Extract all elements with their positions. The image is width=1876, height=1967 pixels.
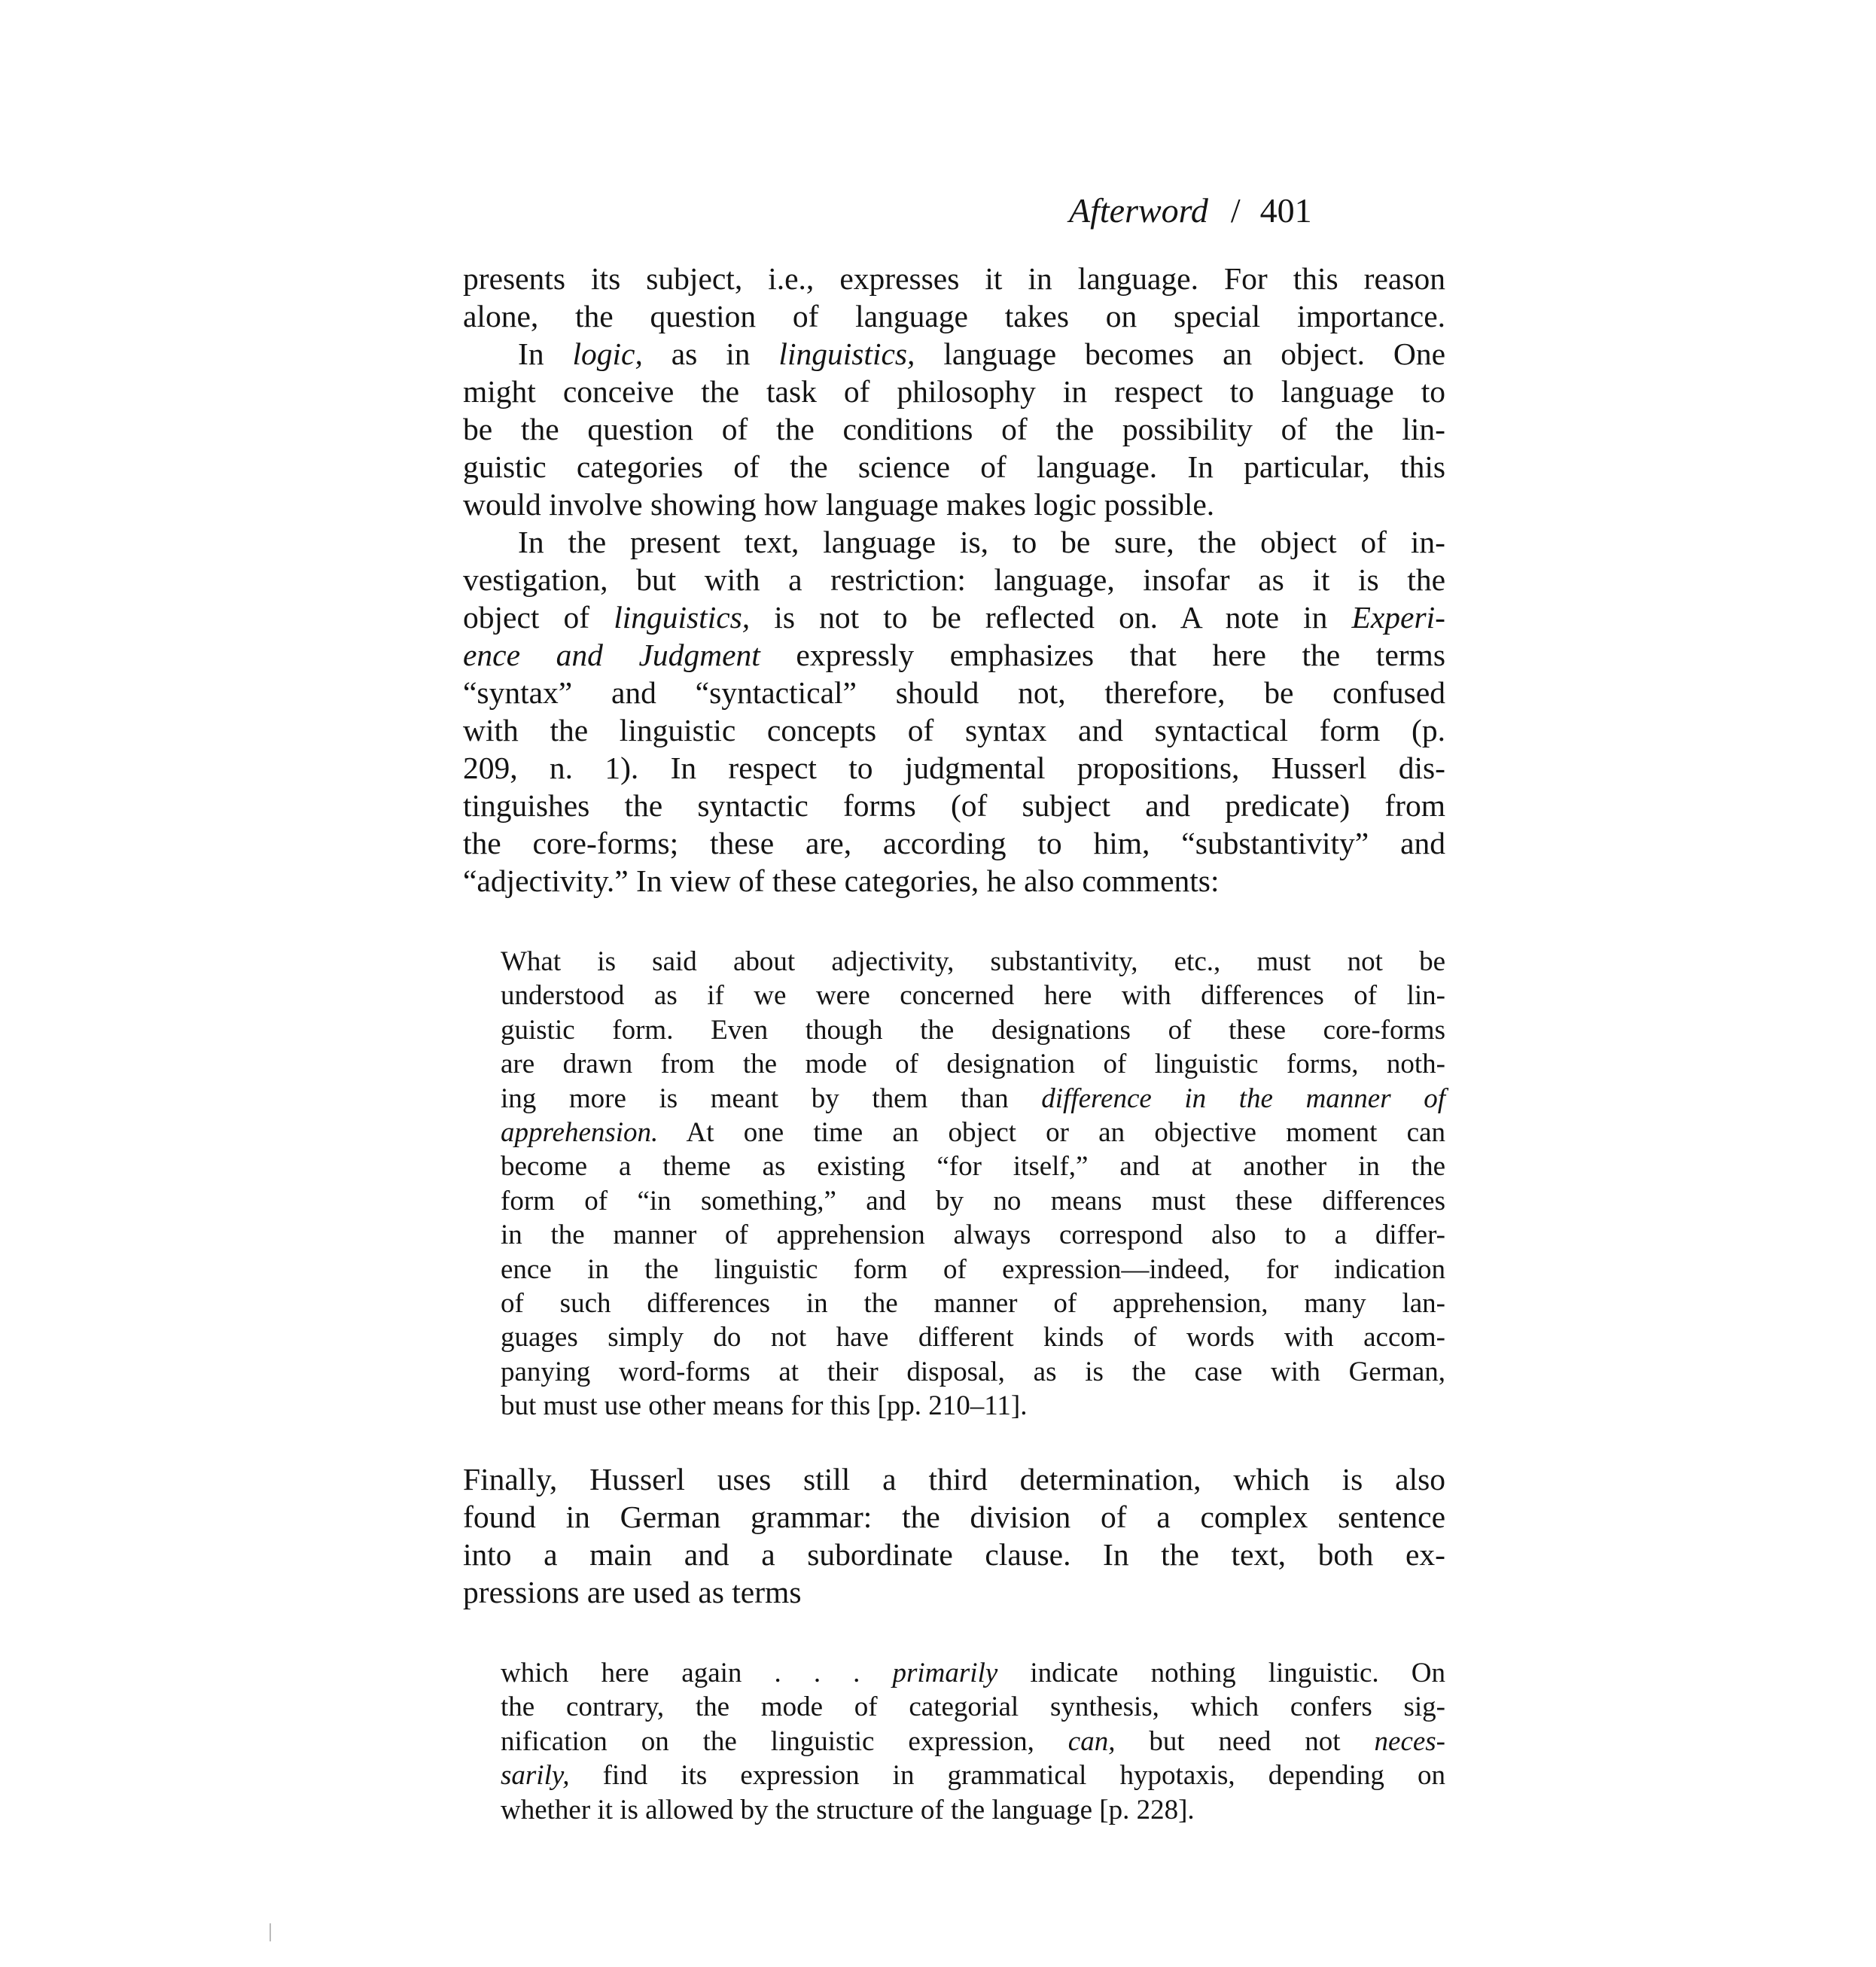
text-line: are drawn from the mode of designation o… [501,1047,1445,1081]
text-run: the core-forms; these are, according to … [463,826,1445,860]
italic-text: difference in the manner of [1041,1083,1445,1114]
running-title: Afterword [1069,191,1208,230]
text-line: whether it is allowed by the structure o… [501,1793,1445,1827]
text-line: of such differences in the manner of app… [501,1286,1445,1320]
text-line: might conceive the task of philosophy in… [463,373,1445,410]
text-run: ing more is meant by them than [501,1083,1041,1114]
text-line: object of linguistics, is not to be refl… [463,598,1445,636]
text-line: tinguishes the syntactic forms (of subje… [463,787,1445,824]
text-run: guistic form. Even though the designatio… [501,1015,1445,1046]
text-line: into a main and a subordinate clause. In… [463,1536,1445,1573]
header-separator: / [1231,191,1241,230]
text-line: ence and Judgment expressly emphasizes t… [463,636,1445,674]
text-run: alone, the question of language takes on… [463,299,1445,333]
text-line: but must use other means for this [pp. 2… [501,1389,1445,1423]
text-line: guistic categories of the science of lan… [463,448,1445,486]
italic-text: primarily [893,1658,998,1688]
italic-text: neces- [1375,1726,1446,1757]
text-line: ence in the linguistic form of expressio… [501,1253,1445,1286]
text-line: be the question of the conditions of the… [463,410,1445,448]
text-run: nification on the linguistic expression, [501,1726,1068,1757]
text-line: ing more is meant by them than differenc… [501,1082,1445,1116]
text-line: guages simply do not have different kind… [501,1320,1445,1354]
text-run: be the question of the conditions of the… [463,412,1445,446]
italic-text: apprehension. [501,1117,658,1148]
text-run: of such differences in the manner of app… [501,1288,1445,1319]
text-run: What is said about adjectivity, substant… [501,946,1445,977]
book-page: Afterword/401 presents its subject, i.e.… [0,0,1876,1967]
text-line: become a theme as existing “for itself,”… [501,1149,1445,1183]
text-line: nification on the linguistic expression,… [501,1725,1445,1758]
text-run: In [518,336,572,371]
text-run: indicate nothing linguistic. On [997,1658,1445,1688]
text-line: form of “in something,” and by no means … [501,1184,1445,1218]
text-run: but must use other means for this [pp. 2… [501,1390,1027,1421]
text-run: but need not [1115,1726,1374,1757]
text-run: object of [463,600,614,635]
text-line: guistic form. Even though the designatio… [501,1013,1445,1047]
text-run: as in [643,336,779,371]
text-run: which here again . . . [501,1658,893,1688]
text-run: the contrary, the mode of categorial syn… [501,1691,1445,1722]
text-run: “adjectivity.” In view of these categori… [463,863,1219,898]
text-line: What is said about adjectivity, substant… [501,945,1445,979]
italic-text: linguistics, [614,600,750,635]
text-line: Finally, Husserl uses still a third dete… [463,1460,1445,1498]
text-line: apprehension. At one time an object or a… [501,1116,1445,1149]
italic-text: linguistics, [778,336,915,371]
italic-text: can, [1068,1726,1116,1757]
margin-mark [270,1923,271,1941]
text-line: understood as if we were concerned here … [501,979,1445,1012]
text-run: tinguishes the syntactic forms (of subje… [463,788,1445,823]
text-run: Finally, Husserl uses still a third dete… [463,1462,1445,1497]
text-line: in the manner of apprehension always cor… [501,1218,1445,1252]
text-line: sarily, find its expression in grammatic… [501,1758,1445,1792]
text-run: form of “in something,” and by no means … [501,1186,1445,1216]
page-number: 401 [1260,191,1312,230]
text-run: might conceive the task of philosophy in… [463,374,1445,409]
text-line: found in German grammar: the division of… [463,1498,1445,1536]
text-run: vestigation, but with a restriction: lan… [463,562,1445,597]
text-line: panying word-forms at their disposal, as… [501,1355,1445,1389]
italic-text: ence and Judgment [463,638,760,672]
text-run: pressions are used as terms [463,1575,801,1609]
text-run: understood as if we were concerned here … [501,980,1445,1011]
text-run: found in German grammar: the division of… [463,1500,1445,1534]
text-run: is not to be reflected on. A note in [750,600,1351,635]
text-line: with the linguistic concepts of syntax a… [463,711,1445,749]
text-run: are drawn from the mode of designation o… [501,1049,1445,1079]
text-run: find its expression in grammatical hypot… [570,1760,1446,1791]
text-line: which here again . . . primarily indicat… [501,1656,1445,1690]
text-run: in the manner of apprehension always cor… [501,1219,1445,1250]
text-line: pressions are used as terms [463,1573,1445,1611]
text-run: language becomes an object. One [915,336,1445,371]
italic-text: logic, [572,336,642,371]
text-line: would involve showing how language makes… [463,486,1445,523]
text-run: whether it is allowed by the structure o… [501,1795,1195,1825]
text-run: become a theme as existing “for itself,”… [501,1151,1445,1182]
text-line: “adjectivity.” In view of these categori… [463,862,1445,900]
text-run: into a main and a subordinate clause. In… [463,1537,1445,1572]
text-run: ence in the linguistic form of expressio… [501,1254,1445,1285]
text-run: guistic categories of the science of lan… [463,449,1445,484]
text-line: In logic, as in linguistics, language be… [463,335,1445,373]
text-run: “syntax” and “syntactical” should not, t… [463,675,1445,710]
text-run: At one time an object or an objective mo… [658,1117,1445,1148]
italic-text: Experi- [1352,600,1445,635]
text-run: guages simply do not have different kind… [501,1322,1445,1353]
text-line: presents its subject, i.e., expresses it… [463,260,1445,297]
text-line: the contrary, the mode of categorial syn… [501,1690,1445,1724]
text-run: expressly emphasizes that here the terms [760,638,1445,672]
text-run: panying word-forms at their disposal, as… [501,1356,1445,1387]
italic-text: sarily, [501,1760,570,1791]
text-run: presents its subject, i.e., expresses it… [463,261,1445,296]
text-line: alone, the question of language takes on… [463,297,1445,335]
text-run: 209, n. 1). In respect to judgmental pro… [463,751,1445,785]
text-run: with the linguistic concepts of syntax a… [463,713,1445,748]
running-header: Afterword/401 [1069,184,1460,237]
text-line: “syntax” and “syntactical” should not, t… [463,674,1445,711]
text-line: 209, n. 1). In respect to judgmental pro… [463,749,1445,787]
text-run: would involve showing how language makes… [463,487,1214,522]
text-run: In the present text, language is, to be … [518,525,1445,559]
text-line: vestigation, but with a restriction: lan… [463,561,1445,598]
text-line: the core-forms; these are, according to … [463,824,1445,862]
text-line: In the present text, language is, to be … [463,523,1445,561]
